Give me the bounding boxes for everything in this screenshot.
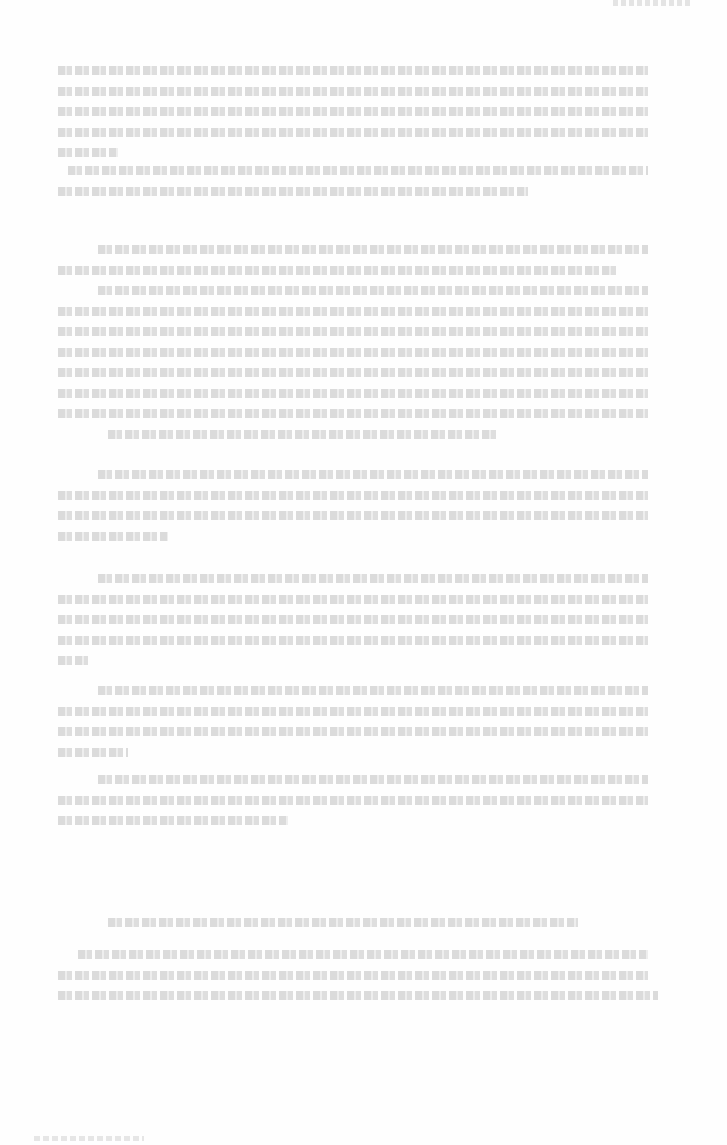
text-line — [108, 918, 578, 927]
text-line — [98, 286, 648, 295]
text-line — [58, 748, 128, 757]
text-line — [58, 991, 658, 1000]
text-line — [108, 430, 498, 439]
text-line — [58, 87, 648, 96]
text-line — [58, 348, 648, 357]
text-line — [58, 636, 648, 645]
text-line — [58, 971, 648, 980]
text-line — [58, 327, 648, 336]
text-line — [58, 595, 648, 604]
text-line — [58, 187, 528, 196]
scanned-document-page — [0, 0, 727, 1145]
text-line — [98, 775, 648, 784]
text-line — [58, 66, 648, 75]
text-line — [98, 574, 648, 583]
text-line — [58, 368, 648, 377]
text-line — [58, 148, 118, 157]
text-line — [58, 532, 168, 541]
text-line — [98, 470, 648, 479]
text-line — [58, 511, 648, 520]
text-line — [58, 307, 648, 316]
text-line — [58, 796, 648, 805]
text-line — [58, 615, 648, 624]
text-line — [58, 707, 648, 716]
text-line — [68, 166, 648, 175]
text-line — [98, 245, 648, 254]
text-line — [58, 491, 648, 500]
text-line — [58, 656, 88, 665]
running-header — [613, 0, 693, 6]
text-line — [58, 389, 648, 398]
text-line — [58, 727, 648, 736]
page-footer — [34, 1136, 144, 1141]
text-line — [58, 266, 618, 275]
text-line — [58, 107, 648, 116]
text-line — [58, 409, 648, 418]
text-line — [58, 816, 288, 825]
text-line — [78, 950, 648, 959]
text-line — [58, 128, 648, 137]
text-line — [98, 686, 648, 695]
